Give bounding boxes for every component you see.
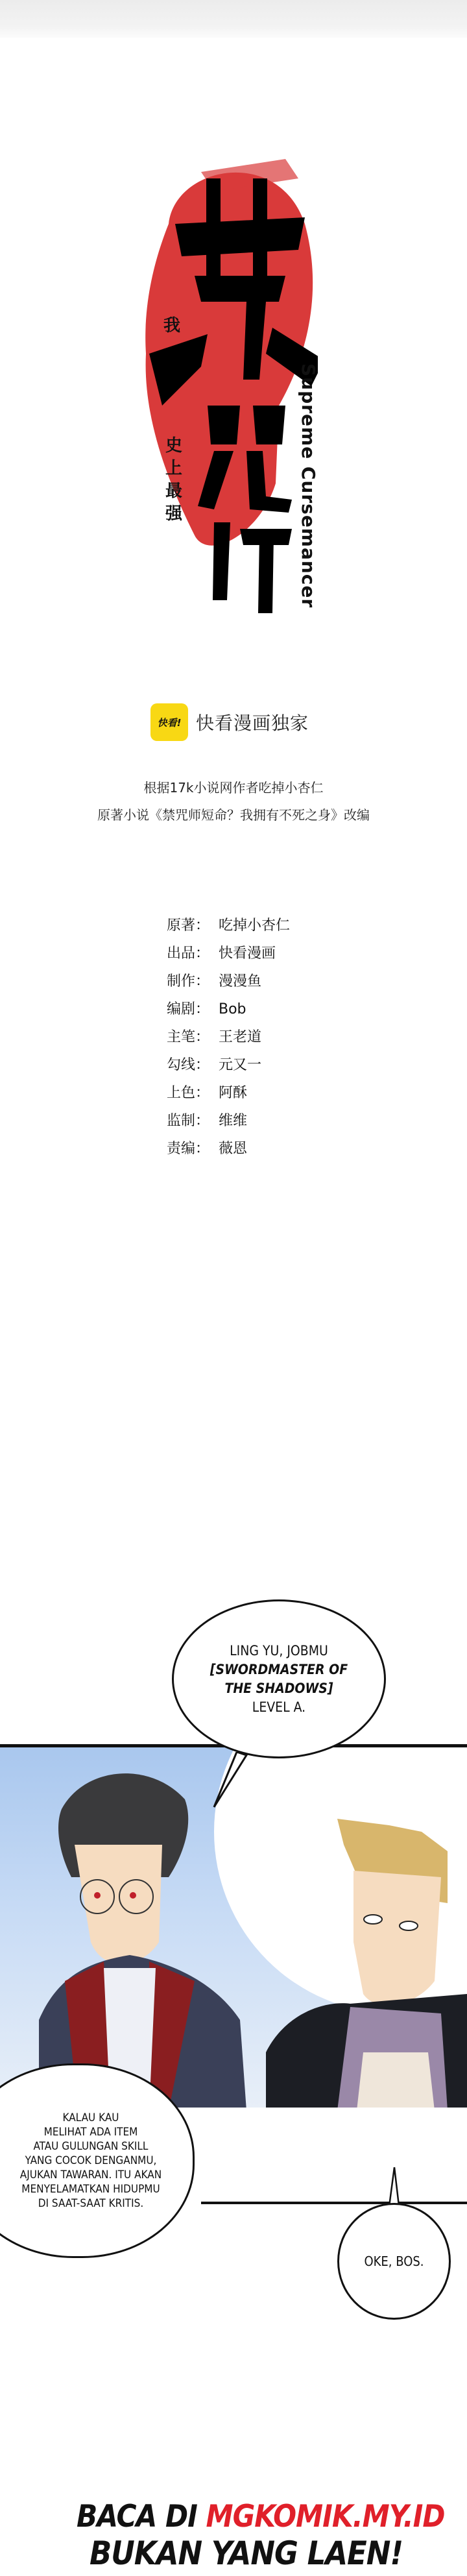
credit-row: 主笔：王老道 — [167, 1023, 290, 1051]
watermark-prefix: BACA DI — [77, 2499, 206, 2534]
credit-role: 责编： — [167, 1135, 219, 1163]
bubble-text: YANG COCOK DENGANMU, — [20, 2154, 162, 2168]
credit-row: 出品：快看漫画 — [167, 940, 290, 967]
bubble-text: MENYELAMATKAN HIDUPMU — [20, 2182, 162, 2196]
publisher-label: 快看漫画独家 — [196, 709, 309, 735]
svg-text:上: 上 — [165, 459, 182, 478]
speech-bubble-oke-bos: OKE, BOS. — [337, 2203, 451, 2320]
credit-row: 上色：阿酥 — [167, 1079, 290, 1107]
source-line-2: 原著小说《禁咒师短命？我拥有不死之身》改编 — [0, 805, 467, 823]
credit-role: 勾线： — [167, 1051, 219, 1079]
bubble-text: [SWORDMASTER OF — [210, 1660, 348, 1679]
credit-role: 出品： — [167, 940, 219, 967]
svg-text:最: 最 — [165, 481, 182, 501]
credit-row: 责编：薇恩 — [167, 1135, 290, 1163]
svg-text:强: 强 — [165, 504, 183, 524]
bubble-text: OKE, BOS. — [364, 2254, 424, 2269]
credit-role: 编剧： — [167, 995, 219, 1023]
credit-name: 快看漫画 — [219, 940, 276, 967]
bubble-text: THE SHADOWS] — [210, 1679, 348, 1698]
watermark-site: MGKOMIK.MY.ID — [206, 2499, 445, 2534]
bubble-text: ATAU GULUNGAN SKILL — [20, 2139, 162, 2154]
credit-row: 监制：维维 — [167, 1107, 290, 1135]
bubble-text: LEVEL A. — [210, 1698, 348, 1717]
top-faded-band — [0, 0, 467, 38]
credit-role: 监制： — [167, 1107, 219, 1135]
kuaikan-logo-icon: 快看! — [150, 703, 188, 741]
credit-row: 制作：漫漫鱼 — [167, 967, 290, 995]
credit-row: 勾线：元又一 — [167, 1051, 290, 1079]
panel-border — [201, 2202, 467, 2204]
credit-role: 主笔： — [167, 1023, 219, 1051]
credit-row: 编剧：Bob — [167, 995, 290, 1023]
credit-row: 原著：吃掉小杏仁 — [167, 912, 290, 940]
bubble-text: KALAU KAU — [20, 2111, 162, 2125]
bubble-text: DI SAAT-SAAT KRITIS. — [20, 2196, 162, 2211]
svg-text:史: 史 — [165, 436, 182, 456]
credit-name: 王老道 — [219, 1023, 261, 1051]
english-subtitle: Supreme Cursemancer — [293, 363, 319, 610]
credit-name: 维维 — [219, 1107, 247, 1135]
publisher-exclusive: 快看! 快看漫画独家 — [150, 703, 309, 742]
red-brush-circle-icon: 我 史 上 最 强 — [130, 146, 318, 613]
credit-name: 薇恩 — [219, 1135, 247, 1163]
credit-name: Bob — [219, 995, 246, 1023]
bubble-text: MELIHAT ADA ITEM — [20, 2125, 162, 2139]
site-watermark: BACA DI MGKOMIK.MY.ID BUKAN YANG LAEN! — [77, 2498, 444, 2572]
credit-role: 原著： — [167, 912, 219, 940]
credit-name: 阿酥 — [219, 1079, 247, 1107]
watermark-line2: BUKAN YANG LAEN! — [77, 2535, 444, 2572]
credits-list: 原著：吃掉小杏仁 出品：快看漫画 制作：漫漫鱼 编剧：Bob 主笔：王老道 勾线… — [167, 912, 290, 1163]
speech-bubble-ling-yu: LING YU, JOBMU [SWORDMASTER OF THE SHADO… — [172, 1599, 386, 1758]
credit-role: 上色： — [167, 1079, 219, 1107]
credit-name: 漫漫鱼 — [219, 967, 261, 995]
credit-name: 吃掉小杏仁 — [219, 912, 290, 940]
bubble-tail-icon — [211, 1752, 250, 1810]
credit-role: 制作： — [167, 967, 219, 995]
title-logo: 我 史 上 最 强 — [130, 146, 318, 613]
bubble-text: LING YU, JOBMU — [210, 1642, 348, 1660]
source-line-1: 根据17k小说网作者吃掉小杏仁 — [0, 777, 467, 796]
credit-name: 元又一 — [219, 1051, 261, 1079]
svg-text:我: 我 — [163, 316, 180, 335]
bubble-text: AJUKAN TAWARAN. ITU AKAN — [20, 2168, 162, 2182]
